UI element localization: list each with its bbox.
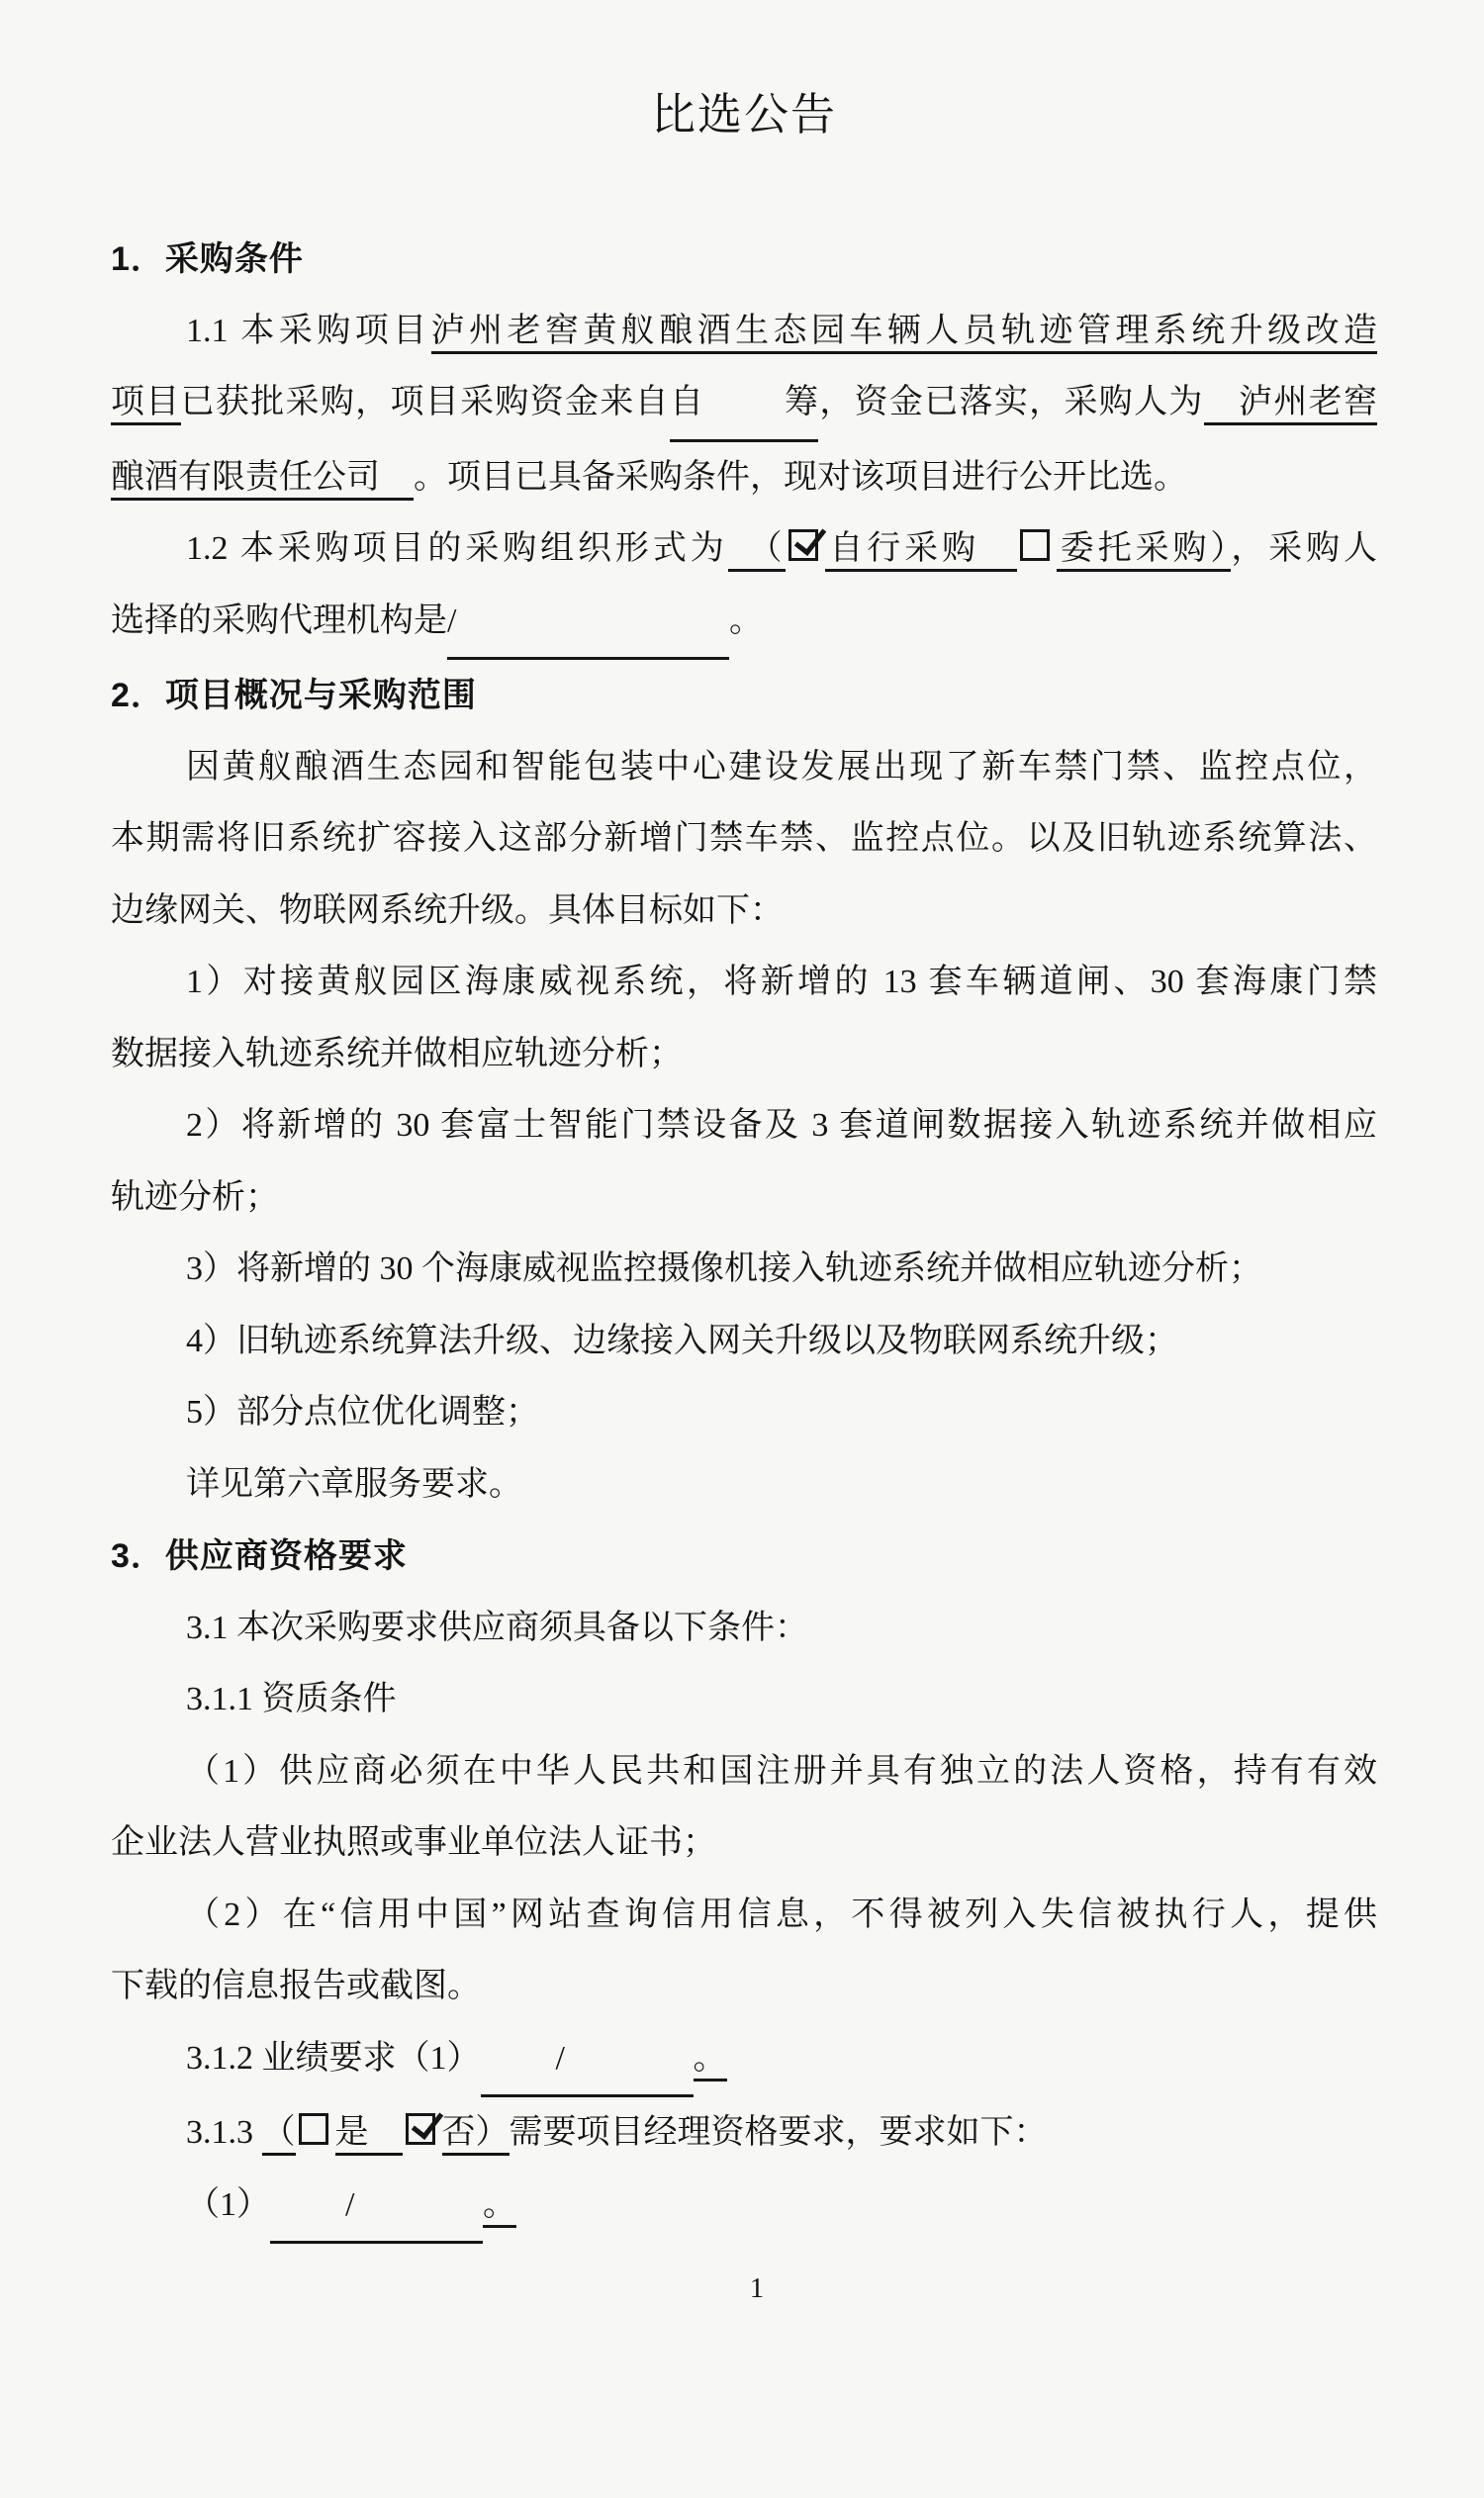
text-segment: 因黄舣酿酒生态园和智能包装中心建设发展出现了新车禁门禁、监控点位， <box>186 749 1377 786</box>
text-segment: 已获批采购，项目采购资金来自 <box>181 384 670 420</box>
text-segment: 边缘网关、物联网系统升级。具体目标如下： <box>111 892 784 929</box>
checkbox-empty-icon <box>299 2113 328 2145</box>
paragraph: 1）对接黄舣园区海康威视系统，将新增的 13 套车辆道闸、30 套海康门禁数据接… <box>111 947 1377 1090</box>
text-segment: 项目 <box>111 384 181 425</box>
text-segment: 5）部分点位优化调整； <box>186 1394 539 1431</box>
text-segment: 3.1.3 <box>186 2114 262 2151</box>
text-segment: ，资金已落实，采购人为 <box>818 384 1204 420</box>
paragraph: （1）/。 <box>111 2170 1377 2245</box>
checkbox-empty-icon <box>1020 529 1050 561</box>
checkbox-checked-icon <box>406 2113 435 2145</box>
text-segment: ，采购人 <box>1231 530 1377 567</box>
text-line: 2）将新增的 30 套富士智能门禁设备及 3 套道闸数据接入轨迹系统并做相应 <box>111 1090 1377 1162</box>
section-heading: 1．采购条件 <box>111 224 1377 296</box>
text-segment: 3.1 本次采购要求供应商须具备以下条件： <box>186 1610 808 1646</box>
paragraph: 详见第六章服务要求。 <box>111 1449 1377 1522</box>
text-line: 5）部分点位优化调整； <box>111 1377 1377 1449</box>
text-line: 下载的信息报告或截图。 <box>111 1951 1377 2023</box>
text-segment: 酿酒有限责任公司 <box>111 459 414 501</box>
text-line: 1.2 本采购项目的采购组织形式为 （自行采购 委托采购），采购人 <box>111 513 1377 586</box>
text-line: 3.1 本次采购要求供应商须具备以下条件： <box>111 1593 1377 1665</box>
text-segment: 1.2 本采购项目的采购组织形式为 <box>186 530 728 567</box>
text-segment: 。项目已具备采购条件，现对该项目进行公开比选。 <box>414 459 1187 496</box>
text-segment: 泸州老窖黄舣酿酒生态园车辆人员轨迹管理系统升级改造 <box>431 313 1377 354</box>
text-line: 1.1 本采购项目泸州老窖黄舣酿酒生态园车辆人员轨迹管理系统升级改造 <box>111 296 1377 368</box>
text-line: （1）/。 <box>111 2170 1377 2245</box>
text-line: 详见第六章服务要求。 <box>111 1449 1377 1522</box>
fill-in-blank: / <box>270 2170 483 2245</box>
text-segment: 是 <box>335 2114 403 2156</box>
text-segment: 2）将新增的 30 套富士智能门禁设备及 3 套道闸数据接入轨迹系统并做相应 <box>186 1107 1377 1144</box>
paragraph: 3.1.1 资质条件 <box>111 1664 1377 1736</box>
text-segment: 1）对接黄舣园区海康威视系统，将新增的 13 套车辆道闸、30 套海康门禁 <box>186 964 1377 1000</box>
text-line: 1）对接黄舣园区海康威视系统，将新增的 13 套车辆道闸、30 套海康门禁 <box>111 947 1377 1019</box>
paragraph: 5）部分点位优化调整； <box>111 1377 1377 1449</box>
section-heading: 2．项目概况与采购范围 <box>111 660 1377 732</box>
text-line: 3.1.3 （是 否）需要项目经理资格要求，要求如下： <box>111 2097 1377 2170</box>
text-segment: 。 <box>729 602 763 639</box>
text-segment: 委托采购） <box>1057 530 1231 572</box>
text-line: 边缘网关、物联网系统升级。具体目标如下： <box>111 876 1377 948</box>
paragraph: （1）供应商必须在中华人民共和国注册并具有独立的法人资格，持有有效企业法人营业执… <box>111 1736 1377 1880</box>
text-segment: 否） <box>442 2114 510 2156</box>
text-line: 数据接入轨迹系统并做相应轨迹分析； <box>111 1019 1377 1091</box>
fill-in-blank: / <box>481 2023 694 2098</box>
text-segment: 轨迹分析； <box>111 1179 279 1216</box>
paragraph: 3.1.3 （是 否）需要项目经理资格要求，要求如下： <box>111 2097 1377 2170</box>
text-line: 3.1.2 业绩要求（1）/。 <box>111 2023 1377 2098</box>
text-line: （2）在“信用中国”网站查询信用信息，不得被列入失信被执行人，提供 <box>111 1880 1377 1952</box>
text-segment: （ <box>728 530 787 572</box>
text-segment: 自行采购 <box>825 530 1016 572</box>
text-line: 3.1.1 资质条件 <box>111 1664 1377 1736</box>
text-segment: 3.1.1 资质条件 <box>186 1681 397 1717</box>
text-line: 本期需将旧系统扩容接入这部分新增门禁车禁、监控点位。以及旧轨迹系统算法、 <box>111 803 1377 876</box>
text-line: 企业法人营业执照或事业单位法人证书； <box>111 1807 1377 1880</box>
text-segment: （2）在“信用中国”网站查询信用信息，不得被列入失信被执行人，提供 <box>186 1897 1377 1933</box>
paragraph: 1.2 本采购项目的采购组织形式为 （自行采购 委托采购），采购人选择的采购代理… <box>111 513 1377 660</box>
text-line: 选择的采购代理机构是/。 <box>111 586 1377 661</box>
document-page: { "page": { "background_color": "#f7f7f6… <box>0 0 1484 2498</box>
text-segment: （1） <box>186 2186 270 2223</box>
text-segment: 3）将新增的 30 个海康威视监控摄像机接入轨迹系统并做相应轨迹分析； <box>186 1250 1262 1287</box>
text-segment: 3.1.2 业绩要求（1） <box>186 2040 481 2077</box>
text-segment: （ <box>262 2114 296 2156</box>
document-content: 比选公告 1．采购条件1.1 本采购项目泸州老窖黄舣酿酒生态园车辆人员轨迹管理系… <box>111 75 1377 2244</box>
paragraph: 4）旧轨迹系统算法升级、边缘接入网关升级以及物联网系统升级； <box>111 1306 1377 1378</box>
paragraph: 1.1 本采购项目泸州老窖黄舣酿酒生态园车辆人员轨迹管理系统升级改造项目已获批采… <box>111 296 1377 514</box>
fill-in-blank: / <box>447 586 729 661</box>
text-segment: 泸州老窖 <box>1204 384 1377 425</box>
text-segment: 详见第六章服务要求。 <box>186 1466 522 1503</box>
text-segment: 。 <box>483 2186 516 2228</box>
title-spacer <box>111 154 1377 224</box>
text-segment: （1）供应商必须在中华人民共和国注册并具有独立的法人资格，持有有效 <box>186 1753 1377 1790</box>
text-segment: 企业法人营业执照或事业单位法人证书； <box>111 1824 716 1861</box>
text-line: 4）旧轨迹系统算法升级、边缘接入网关升级以及物联网系统升级； <box>111 1306 1377 1378</box>
text-segment: 下载的信息报告或截图。 <box>111 1968 481 2004</box>
checkbox-checked-icon <box>788 529 818 561</box>
text-line: 轨迹分析； <box>111 1162 1377 1235</box>
text-segment: 本期需将旧系统扩容接入这部分新增门禁车禁、监控点位。以及旧轨迹系统算法、 <box>111 820 1377 857</box>
text-segment: 选择的采购代理机构是 <box>111 602 447 639</box>
document-body: 1．采购条件1.1 本采购项目泸州老窖黄舣酿酒生态园车辆人员轨迹管理系统升级改造… <box>111 224 1377 2244</box>
paragraph: 3.1 本次采购要求供应商须具备以下条件： <box>111 1593 1377 1665</box>
text-line: 项目已获批采购，项目采购资金来自自筹，资金已落实，采购人为 泸州老窖 <box>111 367 1377 442</box>
paragraph: 3.1.2 业绩要求（1）/。 <box>111 2023 1377 2098</box>
text-line: 因黄舣酿酒生态园和智能包装中心建设发展出现了新车禁门禁、监控点位， <box>111 732 1377 804</box>
text-line: （1）供应商必须在中华人民共和国注册并具有独立的法人资格，持有有效 <box>111 1736 1377 1808</box>
paragraph: 因黄舣酿酒生态园和智能包装中心建设发展出现了新车禁门禁、监控点位，本期需将旧系统… <box>111 732 1377 948</box>
text-segment: 数据接入轨迹系统并做相应轨迹分析； <box>111 1036 683 1072</box>
page-number: 1 <box>0 2264 1484 2313</box>
paragraph: 3）将新增的 30 个海康威视监控摄像机接入轨迹系统并做相应轨迹分析； <box>111 1234 1377 1306</box>
text-segment: 需要项目经理资格要求，要求如下： <box>510 2114 1048 2151</box>
text-line: 酿酒有限责任公司 。项目已具备采购条件，现对该项目进行公开比选。 <box>111 442 1377 514</box>
text-segment: 。 <box>694 2040 727 2082</box>
section-heading: 3．供应商资格要求 <box>111 1521 1377 1593</box>
text-line: 3）将新增的 30 个海康威视监控摄像机接入轨迹系统并做相应轨迹分析； <box>111 1234 1377 1306</box>
paragraph: （2）在“信用中国”网站查询信用信息，不得被列入失信被执行人，提供下载的信息报告… <box>111 1880 1377 2023</box>
fill-in-blank: 自筹 <box>670 367 818 442</box>
text-segment: 4）旧轨迹系统算法升级、边缘接入网关升级以及物联网系统升级； <box>186 1323 1178 1359</box>
document-title: 比选公告 <box>111 75 1377 154</box>
text-segment: 1.1 本采购项目 <box>186 313 431 349</box>
paragraph: 2）将新增的 30 套富士智能门禁设备及 3 套道闸数据接入轨迹系统并做相应轨迹… <box>111 1090 1377 1234</box>
